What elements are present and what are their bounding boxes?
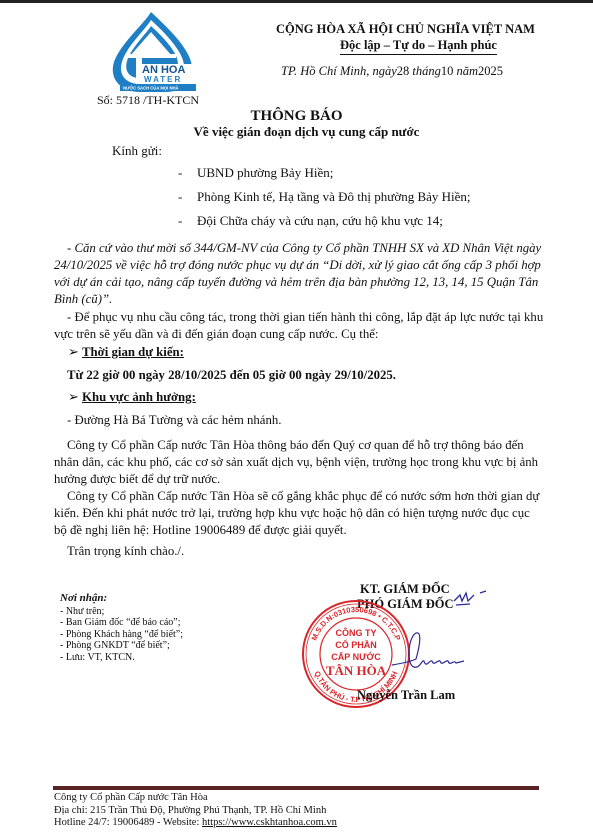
arrow-bullet-icon: ➢ [68, 345, 82, 360]
svg-text:CÔNG TY: CÔNG TY [335, 627, 376, 638]
national-motto: Độc lập – Tự do – Hạnh phúc [340, 38, 497, 55]
footer-address: Địa chỉ: 215 Trần Thủ Độ, Phường Phú Thạ… [54, 805, 337, 818]
recipient-list: -UBND phường Bảy Hiền; -Phòng Kinh tế, H… [178, 165, 471, 237]
signer-name: Nguyễn Trần Lam [357, 688, 455, 703]
svg-text:TÂN HÒA: TÂN HÒA [326, 663, 387, 678]
date-line: TP. Hồ Chí Minh, ngày28 tháng10 năm2025 [281, 64, 503, 79]
document-number: Số: 5718 /TH-KTCN [97, 93, 199, 108]
national-title: CỘNG HÒA XÃ HỘI CHỦ NGHĨA VIỆT NAM [276, 22, 535, 37]
document-subtitle: Về việc gián đoạn dịch vụ cung cấp nước [0, 124, 593, 140]
area-value: - Đường Hà Bá Tường và các hẻm nhánh. [67, 413, 281, 428]
noi-nhan-item: - Lưu: VT, KTCN. [60, 652, 183, 664]
date-year: 2025 [478, 64, 503, 78]
paragraph-commitment: Công ty Cổ phần Cấp nước Tân Hòa sẽ cố g… [54, 488, 544, 539]
date-prefix: TP. Hồ Chí Minh, ngày [281, 64, 397, 78]
document-title: THÔNG BÁO [0, 108, 593, 125]
recipient-item: -Đội Chữa cháy và cứu nạn, cứu hộ khu vự… [178, 213, 471, 237]
noi-nhan-item: - Ban Giám đốc “để báo cáo”; [60, 617, 183, 629]
noi-nhan-item: - Phòng Khách hàng “để biết”; [60, 629, 183, 641]
letterhead-footer: Công ty Cổ phần Cấp nước Tân Hòa Địa chỉ… [54, 792, 337, 830]
date-month: 10 [441, 64, 454, 78]
closing-line: Trân trọng kính chào./. [67, 544, 184, 559]
svg-text:CẤP NƯỚC: CẤP NƯỚC [331, 651, 381, 662]
time-heading: ➢Thời gian dự kiến: [68, 345, 184, 360]
noi-nhan-item: - Như trên; [60, 606, 183, 618]
arrow-bullet-icon: ➢ [68, 390, 82, 405]
footer-company: Công ty Cổ phần Cấp nước Tân Hòa [54, 792, 337, 805]
signer-title-1: KT. GIÁM ĐỐC [360, 582, 450, 597]
paragraph-reason: - Để phục vụ nhu cầu công tác, trong thờ… [54, 309, 544, 343]
paragraph-notice: Công ty Cổ phần Cấp nước Tân Hòa thông b… [54, 437, 544, 488]
kinh-gui-label: Kính gửi: [112, 143, 162, 159]
area-heading: ➢Khu vực ảnh hưởng: [68, 390, 196, 405]
date-month-label: tháng [412, 64, 440, 78]
footer-divider [53, 786, 539, 790]
recipients-footer: Nơi nhận: - Như trên; - Ban Giám đốc “để… [60, 593, 183, 663]
time-value: Từ 22 giờ 00 ngày 28/10/2025 đến 05 giờ … [67, 368, 396, 383]
svg-text:NƯỚC SẠCH CỦA MỌI NHÀ: NƯỚC SẠCH CỦA MỌI NHÀ [123, 86, 179, 91]
viewer-top-bar [0, 0, 593, 3]
svg-text:CỔ PHẦN: CỔ PHẦN [335, 639, 377, 650]
tan-hoa-water-logo: AN HOA WATER NƯỚC SẠCH CỦA MỌI NHÀ [96, 10, 206, 94]
noi-nhan-item: - Phòng GNKDT “để biết”; [60, 640, 183, 652]
initial-signature-mark [450, 589, 490, 609]
website-link[interactable]: https://www.cskhtanhoa.com.vn [202, 817, 337, 828]
date-year-label: năm [456, 64, 478, 78]
svg-text:WATER: WATER [144, 75, 182, 84]
footer-contact: Hotline 24/7: 19006489 - Website: https:… [54, 817, 337, 830]
noi-nhan-heading: Nơi nhận: [60, 593, 183, 605]
date-day: 28 [397, 64, 410, 78]
recipient-item: -Phòng Kinh tế, Hạ tầng và Đô thị phường… [178, 189, 471, 213]
paragraph-basis: - Căn cứ vào thư mời số 344/GM-NV của Cô… [54, 240, 544, 308]
recipient-item: -UBND phường Bảy Hiền; [178, 165, 471, 189]
handwritten-signature [390, 625, 470, 675]
